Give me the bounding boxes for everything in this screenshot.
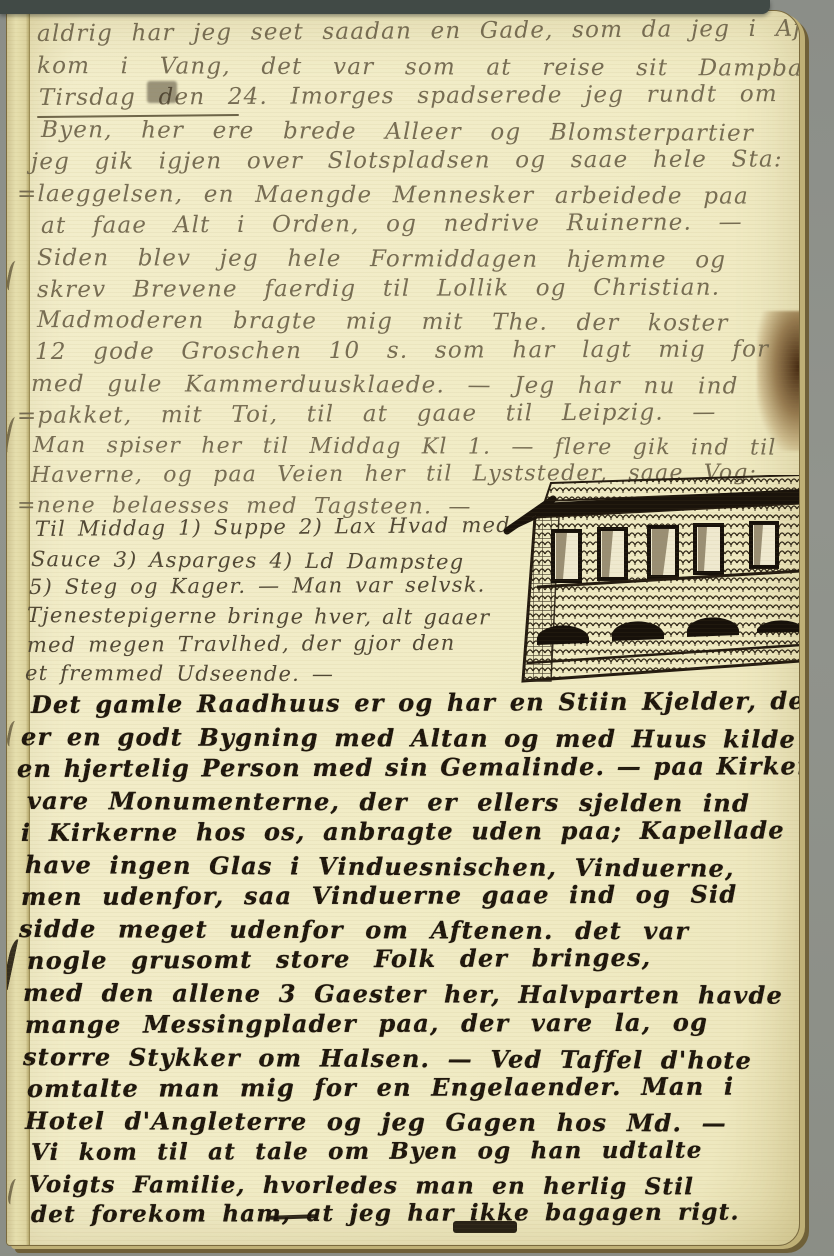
manuscript-line: jeg gik igjen over Slotspladsen og saae … — [31, 148, 783, 174]
manuscript-line: i Kirkerne hos os, anbragte uden paa; Ka… — [21, 818, 785, 845]
manuscript-line: =pakket, mit Toi, til at gaae til Leipzi… — [17, 401, 717, 428]
manuscript-line: med gule Kammerduusklaede. — Jeg har nu … — [31, 373, 739, 398]
manuscript-line: Vi kom til at tale om Byen og han udtalt… — [31, 1139, 703, 1164]
manuscript-line: Det gamle Raadhuus er og har en Stiin Kj… — [31, 689, 800, 717]
manuscript-line: aldrig har jeg seet saadan en Gade, som … — [37, 17, 800, 46]
burn-stain — [757, 311, 800, 451]
manuscript-line: have ingen Glas i Vinduesnischen, Vindue… — [25, 853, 735, 881]
manuscript-line: Tjenestepigerne bringe hver, alt gaaer — [27, 605, 490, 628]
manuscript-line: kom i Vang, det var som at reise sit Dam… — [37, 55, 800, 81]
manuscript-line: Madmoderen bragte mig mit The. der koste… — [37, 309, 729, 336]
manuscript-line: Byen, her ere brede Alleer og Blomsterpa… — [41, 119, 754, 146]
book-cover-shadow — [0, 0, 770, 14]
manuscript-line: Til Middag 1) Suppe 2) Lax Hvad med — [35, 515, 511, 540]
manuscript-line: mange Messingplader paa, der vare la, og — [25, 1011, 708, 1037]
manuscript-line: men udenfor, saa Vinduerne gaae ind og S… — [21, 882, 737, 909]
manuscript-line: Voigts Familie, hvorledes man en herlig … — [29, 1173, 694, 1198]
manuscript-line: Man spiser her til Middag Kl 1. — flere … — [33, 435, 777, 460]
manuscript-line: Hotel d'Angleterre og jeg Gagen hos Md. … — [25, 1109, 727, 1135]
manuscript-line: det forekom ham, at jeg har ikke bagagen… — [31, 1201, 740, 1226]
manuscript-line: vare Monumenterne, der er ellers sjelden… — [27, 789, 750, 816]
manuscript-line: storre Stykker om Halsen. — Ved Taffel d… — [23, 1045, 752, 1073]
manuscript-line: Sauce 3) Asparges 4) Ld Dampsteg — [31, 549, 464, 573]
manuscript-line: sidde meget udenfor om Aftenen. det var — [19, 917, 689, 943]
manuscript-line: en hjertelig Person med sin Gemalinde. —… — [17, 754, 800, 781]
manuscript-line: 5) Steg og Kager. — Man var selvsk. — [29, 575, 486, 598]
manuscript-line: med den allene 3 Gaester her, Halvparten… — [23, 981, 783, 1008]
building-sketch — [497, 475, 800, 683]
manuscript-line: nogle grusomt store Folk der bringes, — [27, 946, 651, 973]
manuscript-line: skrev Brevene faerdig til Lollik og Chri… — [37, 277, 720, 302]
manuscript-line: Siden blev jeg hele Formiddagen hjemme o… — [37, 247, 726, 272]
manuscript-line: =laeggelsen, en Maengde Mennesker arbeid… — [17, 183, 749, 209]
manuscript-line: 12 gode Groschen 10 s. som har lagt mig … — [35, 338, 769, 364]
manuscript-page: aldrig har jeg seet saadan en Gade, som … — [6, 10, 800, 1246]
ink-blot — [453, 1221, 517, 1233]
manuscript-line: at faae Alt i Orden, og nedrive Ruinerne… — [41, 211, 743, 238]
ink-blot — [147, 81, 177, 103]
manuscript-line: med megen Travlhed, der gjor den — [27, 633, 456, 656]
manuscript-line: er en godt Bygning med Altan og med Huus… — [21, 725, 796, 752]
scanned-diary-page: aldrig har jeg seet saadan en Gade, som … — [0, 0, 834, 1256]
manuscript-line: omtalte man mig for en Engelaender. Man … — [27, 1075, 734, 1101]
manuscript-line: et fremmed Udseende. — — [25, 663, 334, 685]
